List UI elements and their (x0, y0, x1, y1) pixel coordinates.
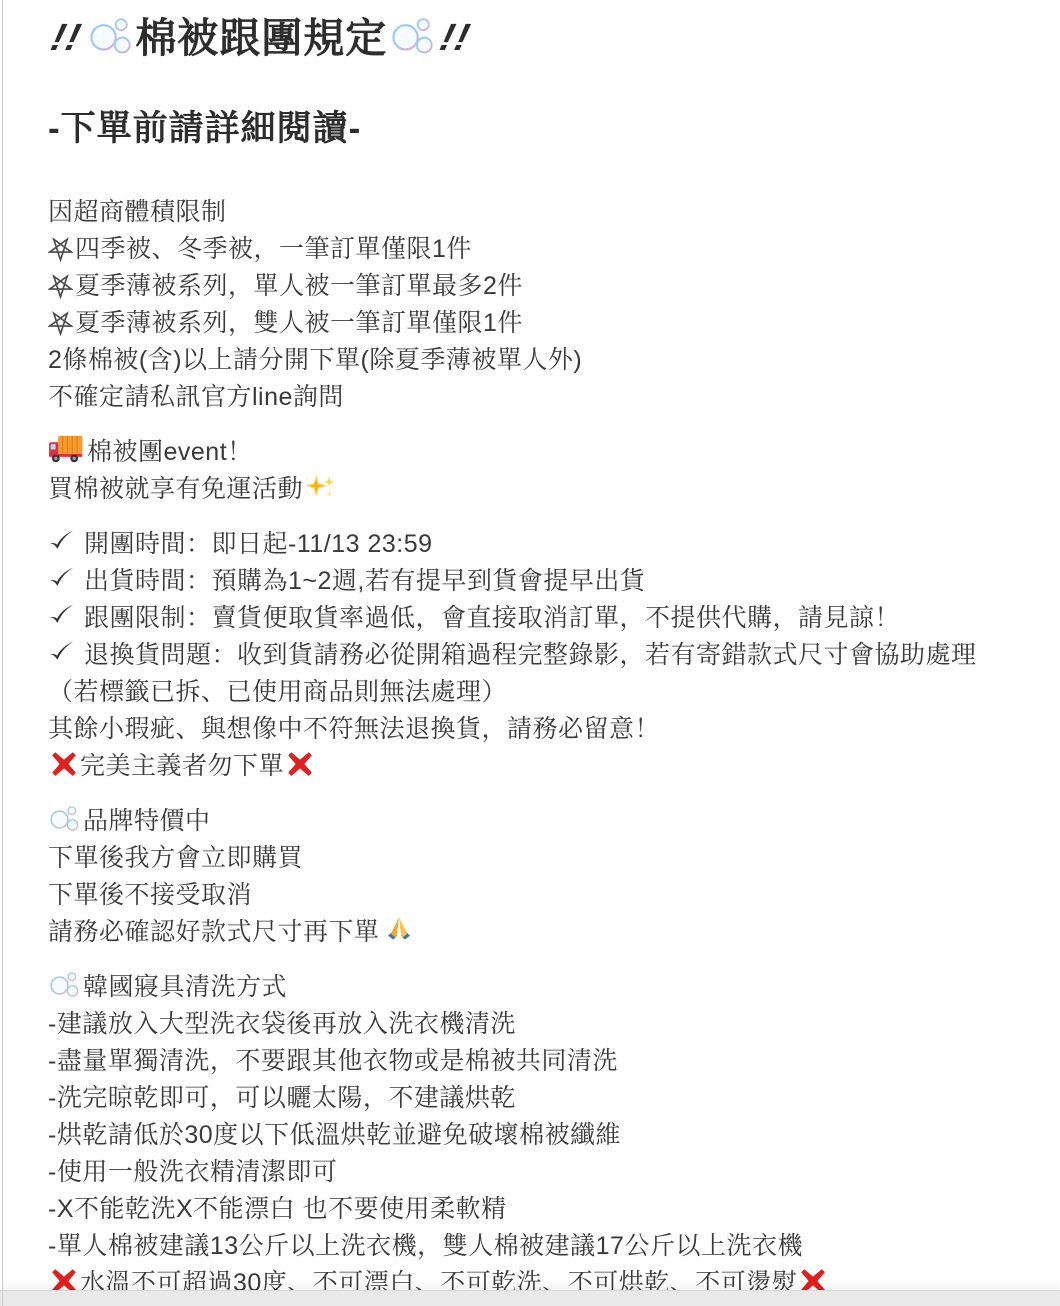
bubbles-icon (387, 15, 437, 61)
text-run: 品牌特價中 (83, 807, 211, 835)
text-run: 韓國寢具清洗方式 (83, 973, 287, 1001)
line-event-free-shipping: 買棉被就享有免運活動 (48, 471, 1020, 508)
line-wash-alone: -盡量單獨清洗，不要跟其他衣物或是棉被共同清洗 (48, 1043, 1020, 1080)
cross-icon (284, 750, 316, 778)
line-rule-separate-orders: 2條棉被(含)以上請分開下單(除夏季薄被單人外) (48, 342, 1020, 379)
section-washing-guide: 韓國寢具清洗方式-建議放入大型洗衣袋後再放入洗衣機清洗-盡量單獨清洗，不要跟其他… (48, 969, 1020, 1302)
text-run: 棉被團event！ (87, 438, 253, 466)
text-run: -使用一般洗衣精清潔即可 (48, 1158, 337, 1186)
text-run: 跟團限制：賣貨便取貨率過低，會直接取消訂單，不提供代購，請見諒！ (84, 604, 900, 632)
section-brand-sale: 品牌特價中下單後我方會立即購買下單後不接受取消請務必確認好款式尺寸再下單 (48, 803, 1020, 951)
text-run: 買棉被就享有免運活動 (48, 475, 303, 503)
text-run: 2條棉被(含)以上請分開下單(除夏季薄被單人外) (48, 346, 582, 374)
check-icon (48, 639, 84, 666)
text-run: -烘乾請低於30度以下低溫烘乾並避免破壞棉被纖維 (48, 1121, 621, 1149)
line-group-limit: 跟團限制：賣貨便取貨率過低，會直接取消訂單，不提供代購，請見諒！ (48, 600, 1020, 637)
section-event: 棉被團event！買棉被就享有免運活動 (48, 434, 1020, 508)
line-event-title: 棉被團event！ (48, 434, 1020, 471)
text-run: -洗完晾乾即可，可以曬太陽，不建議烘乾 (48, 1084, 516, 1112)
line-rule-summer-single: 夏季薄被系列，單人被一筆訂單最多2件 (48, 268, 1020, 305)
text-run: 開團時間：即日起-11/13 23:59 (84, 530, 433, 558)
text-run: -建議放入大型洗衣袋後再放入洗衣機清洗 (48, 1010, 516, 1038)
line-contact-line: 不確定請私訊官方line詢問 (48, 379, 1020, 416)
text-run: 請務必確認好款式尺寸再下單 (48, 918, 380, 946)
bubbles-icon (48, 970, 83, 1002)
line-no-dryclean-no-bleach: -X不能乾洗X不能漂白 也不要使用柔軟精 (48, 1191, 1020, 1228)
sparkles-icon (303, 472, 336, 503)
text-run: 其餘小瑕疵、與想像中不符無法退換貨，請務必留意！ (48, 715, 660, 743)
line-normal-detergent: -使用一般洗衣精清潔即可 (48, 1154, 1020, 1191)
line-return-policy-note: （若標籤已拆、已使用商品則無法處理） (48, 674, 1020, 711)
section-group-rules: 開團時間：即日起-11/13 23:59出貨時間：預購為1~2週,若有提早到貨會… (48, 526, 1020, 785)
line-wash-bag: -建議放入大型洗衣袋後再放入洗衣機清洗 (48, 1006, 1020, 1043)
star-icon (48, 235, 75, 262)
line-no-perfectionist: 完美主義者勿下單 (48, 748, 1020, 785)
line-volume-limit-title: 因超商體積限制 (48, 194, 1020, 231)
line-no-cancel: 下單後不接受取消 (48, 877, 1020, 914)
line-return-policy: 退換貨問題：收到貨請務必從開箱過程完整錄影，若有寄錯款式尺寸會協助處理 (48, 637, 1020, 674)
text-run: 夏季薄被系列，雙人被一筆訂單僅限1件 (75, 309, 523, 337)
line-rule-summer-double: 夏季薄被系列，雙人被一筆訂單僅限1件 (48, 305, 1020, 342)
text-run: 因超商體積限制 (48, 198, 227, 226)
section-store-volume-limit: 因超商體積限制四季被、冬季被，一筆訂單僅限1件夏季薄被系列，單人被一筆訂單最多2… (48, 194, 1020, 416)
text-run: 夏季薄被系列，單人被一筆訂單最多2件 (75, 272, 523, 300)
text-run: !! (46, 14, 87, 62)
line-buy-immediately: 下單後我方會立即購買 (48, 840, 1020, 877)
left-edge-divider (2, 0, 3, 1306)
star-icon (48, 272, 75, 299)
star-icon (48, 309, 75, 336)
footer-strip (0, 1290, 1060, 1306)
post-body: 因超商體積限制四季被、冬季被，一筆訂單僅限1件夏季薄被系列，單人被一筆訂單最多2… (48, 194, 1020, 1302)
line-dry-in-sun: -洗完晾乾即可，可以曬太陽，不建議烘乾 (48, 1080, 1020, 1117)
text-run: 下單後不接受取消 (48, 881, 252, 909)
text-run: -盡量單獨清洗，不要跟其他衣物或是棉被共同清洗 (48, 1047, 618, 1075)
text-run: 完美主義者勿下單 (80, 752, 284, 780)
line-confirm-before-order: 請務必確認好款式尺寸再下單 (48, 914, 1020, 951)
text-run: -X不能乾洗X不能漂白 也不要使用柔軟精 (48, 1195, 507, 1223)
text-run: 下單後我方會立即購買 (48, 844, 303, 872)
text-run: 四季被、冬季被，一筆訂單僅限1件 (75, 235, 472, 263)
line-low-temp-dry: -烘乾請低於30度以下低溫烘乾並避免破壞棉被纖維 (48, 1117, 1020, 1154)
text-run: 退換貨問題：收到貨請務必從開箱過程完整錄影，若有寄錯款式尺寸會協助處理 (84, 641, 977, 669)
line-machine-capacity: -單人棉被建議13公斤以上洗衣機，雙人棉被建議17公斤以上洗衣機 (48, 1228, 1020, 1265)
line-washing-title: 韓國寢具清洗方式 (48, 969, 1020, 1006)
pray-icon (380, 915, 414, 945)
text-run: 不確定請私訊官方line詢問 (48, 383, 344, 411)
text-run: 出貨時間：預購為1~2週,若有提早到貨會提早出貨 (84, 567, 645, 595)
post-subtitle: -下單前請詳細閱讀- (48, 108, 1020, 150)
line-flaw-note: 其餘小瑕疵、與想像中不符無法退換貨，請務必留意！ (48, 711, 1020, 748)
text-run: -單人棉被建議13公斤以上洗衣機，雙人棉被建議17公斤以上洗衣機 (48, 1232, 803, 1260)
cross-icon (48, 750, 80, 778)
bubbles-icon (48, 804, 83, 836)
truck-icon (48, 434, 87, 463)
check-icon (48, 602, 84, 629)
line-brand-sale-title: 品牌特價中 (48, 803, 1020, 840)
post-screenshot: { "colors": { "text": "#3a3a3a", "title_… (0, 0, 1060, 1306)
line-open-time: 開團時間：即日起-11/13 23:59 (48, 526, 1020, 563)
text-run: （若標籤已拆、已使用商品則無法處理） (48, 678, 507, 706)
bubbles-icon (85, 15, 135, 61)
text-run: 棉被跟團規定 (135, 14, 387, 62)
text-run: !! (435, 14, 476, 62)
check-icon (48, 565, 84, 592)
line-ship-time: 出貨時間：預購為1~2週,若有提早到貨會提早出貨 (48, 563, 1020, 600)
check-icon (48, 528, 84, 555)
post-title: !!棉被跟團規定!! (48, 14, 1020, 62)
line-rule-four-season-winter: 四季被、冬季被，一筆訂單僅限1件 (48, 231, 1020, 268)
post-page: !!棉被跟團規定!! -下單前請詳細閱讀- 因超商體積限制四季被、冬季被，一筆訂… (0, 0, 1060, 1302)
